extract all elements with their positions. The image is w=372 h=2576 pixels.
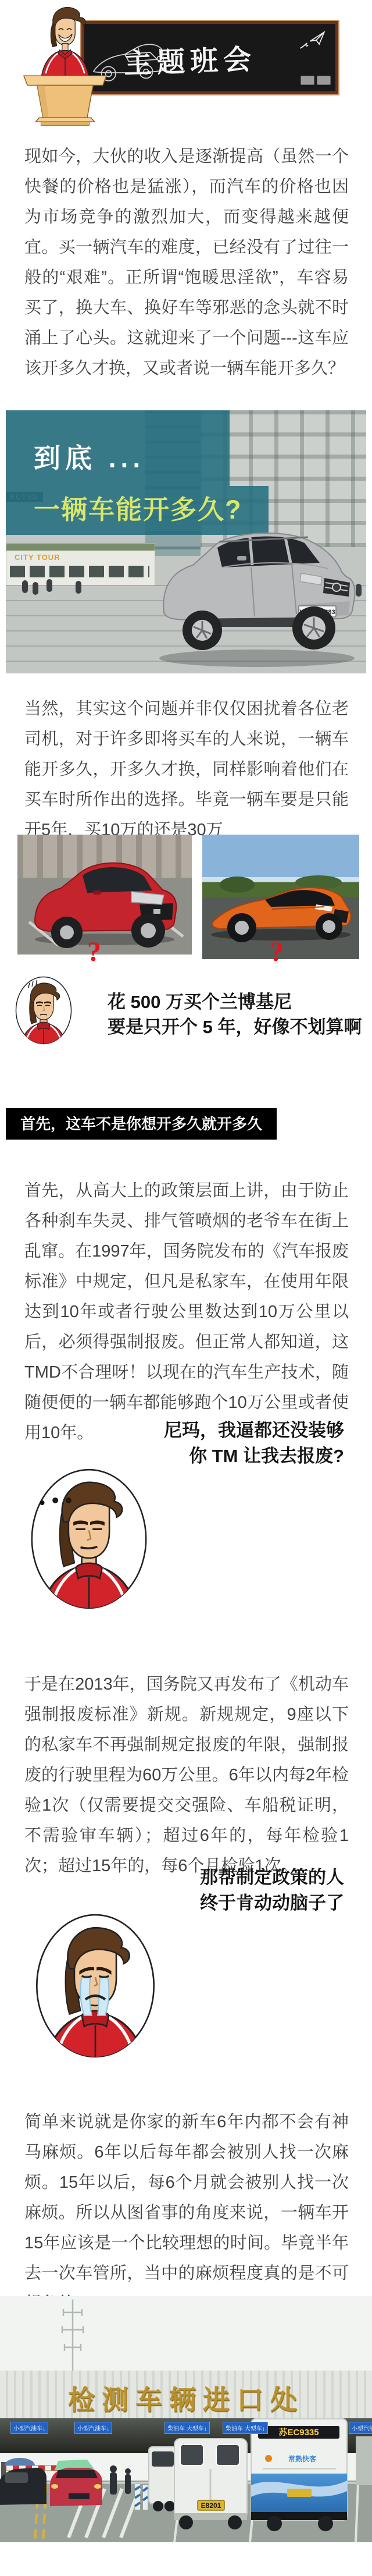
bus-company-label: 常熟快客 bbox=[288, 2454, 316, 2463]
paragraph-2: 当然，其实这个问题并非仅仅困扰着各位老司机，对于许多即将买车的人来说，一辆车能开… bbox=[24, 694, 349, 845]
van-plate: E8201 bbox=[201, 2502, 221, 2510]
pedestrian bbox=[22, 580, 28, 593]
callout-line: 花 500 万买个兰博基尼 bbox=[108, 989, 362, 1014]
callout-line: 你 TM 让我去报废? bbox=[164, 1443, 344, 1469]
callout-line: 尼玛，我逼都还没装够 bbox=[164, 1418, 344, 1443]
red-hatchback bbox=[17, 835, 192, 955]
pedestrian bbox=[33, 582, 38, 595]
section-title-banner: 首先，这车不是你想开多久就开多久 bbox=[6, 1108, 277, 1140]
city-tour-bus: CITY TOUR bbox=[6, 543, 155, 586]
avatar-annoyed bbox=[22, 1467, 156, 1611]
callout-policy: 那帮制定政策的人 终于肯动动脑子了 bbox=[200, 1865, 344, 1916]
lane-sign: 柴油车 大型车↓ bbox=[164, 2422, 210, 2434]
pedestrian bbox=[46, 579, 52, 592]
callout-line: 要是只开个 5 年，好像不划算啊 bbox=[108, 1014, 362, 1039]
bus-plate: 苏EC9335 bbox=[278, 2427, 319, 2437]
header-illustration: 主题班会 bbox=[0, 0, 372, 131]
board-title: 主题班会 bbox=[123, 37, 257, 81]
speaker-cartoon bbox=[21, 2, 109, 127]
blackboard: 主题班会 bbox=[81, 21, 338, 94]
inspection-scene: E8201 苏EC9335 常熟快客 bbox=[0, 2415, 372, 2542]
antenna-tower-icon bbox=[55, 2300, 90, 2373]
photo-red-hatchback bbox=[17, 835, 192, 955]
lane-sign: 小型汽油车 bbox=[349, 2422, 372, 2434]
silver-suv: WOB TI 383 bbox=[152, 491, 363, 672]
paper-plane-icon bbox=[297, 30, 327, 51]
question-mark-right: ? bbox=[270, 936, 284, 968]
lane-sign: 小型汽油车↓ bbox=[74, 2422, 112, 2434]
callout-lamborghini: 花 500 万买个兰博基尼 要是只开个 5 年，好像不划算啊 bbox=[108, 989, 362, 1039]
pedestrian bbox=[76, 581, 81, 594]
inspection-station-photo: 检测车辆进口处 bbox=[0, 2296, 372, 2542]
lane-sign: 柴油车 大型车↓ bbox=[223, 2422, 268, 2434]
hero-photo: POTSD 到底 ... 一辆车能开多久? CITY TOUR bbox=[6, 410, 366, 673]
bus-roof bbox=[6, 544, 155, 551]
bus-sign-text: CITY TOUR bbox=[15, 553, 60, 562]
callout-line: 那帮制定政策的人 bbox=[200, 1865, 344, 1890]
station-sign: 检测车辆进口处 bbox=[0, 2379, 372, 2417]
paragraph-3: 首先，从高大上的政策层面上讲，由于防止各种刹车失灵、排气管喷烟的老爷车在街上乱窜… bbox=[24, 1176, 349, 1448]
question-mark-left: ? bbox=[87, 936, 101, 968]
article-page: 主题班会 bbox=[0, 0, 372, 2576]
paragraph-intro: 现如今，大伙的收入是逐渐提高（虽然一个快餐的价格也是猛涨），而汽车的价格也因为市… bbox=[24, 141, 349, 384]
avatar-crying bbox=[34, 1909, 157, 2063]
callout-line: 终于肯动动脑子了 bbox=[200, 1890, 344, 1916]
hero-title-line1: 到底 ... bbox=[34, 437, 145, 476]
paragraph-5: 简单来说就是你家的新车6年内都不会有神马麻烦。6年以后每年都会被别人找一次麻烦。… bbox=[24, 2107, 349, 2319]
bus-windows bbox=[10, 566, 149, 577]
avatar-worried bbox=[15, 966, 73, 1055]
lane-sign: 小型汽油车↓ bbox=[10, 2422, 48, 2434]
paragraph-4: 于是在2013年，国务院又再发布了《机动车强制报废标准》新规。新规规定，9座以下… bbox=[24, 1669, 349, 1881]
chalk-erasers bbox=[298, 76, 331, 88]
callout-scrap: 尼玛，我逼都还没装够 你 TM 让我去报废? bbox=[164, 1418, 344, 1469]
